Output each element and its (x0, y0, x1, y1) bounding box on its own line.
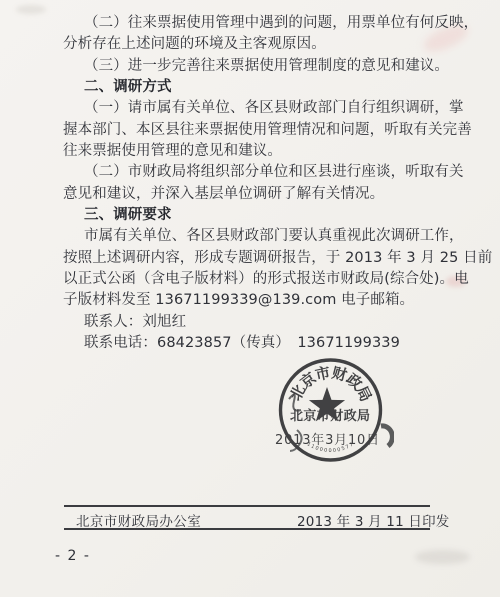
document-line: （一）请市属有关单位、各区县财政部门自行组织调研，掌 (63, 98, 488, 119)
document-line: 联系电话：68423857（传真） 13671199339 (63, 333, 488, 354)
footer-print-date: 2013 年 3 月 11 日印发 (297, 510, 449, 530)
document-line: 意见和建议，并深入基层单位调研了解有关情况。 (63, 184, 488, 205)
seal-smudge-mark (381, 426, 392, 446)
document-line: 分析存在上述问题的环境及主客观原因。 (63, 34, 488, 55)
document-line: 市属有关单位、各区县财政部门要认真重视此次调研工作， (63, 226, 488, 247)
official-seal: 北 京 市 财 政 局 北京市财政局 2013年3月10日 1100000057… (274, 354, 394, 466)
document-line: 以正式公函（含电子版材料）的形式报送市财政局(综合处)。电 (63, 269, 488, 290)
document-line: 子版材料发至 13671199339@139.com 电子邮箱。 (63, 290, 488, 311)
footer-issuer: 北京市财政局办公室 (76, 510, 201, 530)
document-line: 往来票据使用管理的意见和建议。 (63, 141, 488, 162)
scan-smudge (415, 550, 470, 564)
seal-date-text: 2013年3月10日 (275, 432, 380, 448)
document-line: 联系人：刘旭红 (63, 312, 488, 333)
scan-smudge (16, 5, 46, 14)
document-line: 握本部门、本区县往来票据使用管理情况和问题，听取有关完善 (63, 120, 488, 141)
document-line: （二）市财政局将组织部分单位和区县进行座谈，听取有关 (63, 162, 488, 183)
footer-top-rule (64, 505, 430, 507)
document-line: （三）进一步完善往来票据使用管理制度的意见和建议。 (63, 56, 488, 77)
scanned-document-page: （二）往来票据使用管理中遇到的问题，用票单位有何反映，分析存在上述问题的环境及主… (0, 0, 500, 597)
document-body: （二）往来票据使用管理中遇到的问题，用票单位有何反映，分析存在上述问题的环境及主… (63, 13, 488, 355)
document-line: 三、调研要求 (63, 205, 488, 226)
document-line: 按照上述调研内容，形成专题调研报告，于 2013 年 3 月 25 日前 (63, 248, 488, 269)
seal-arc-char: 市 (314, 363, 332, 384)
document-line: 二、调研方式 (63, 77, 488, 98)
page-number: - 2 - (55, 548, 90, 564)
footer-bottom-rule (64, 528, 430, 530)
document-line: （二）往来票据使用管理中遇到的问题，用票单位有何反映， (63, 13, 488, 34)
